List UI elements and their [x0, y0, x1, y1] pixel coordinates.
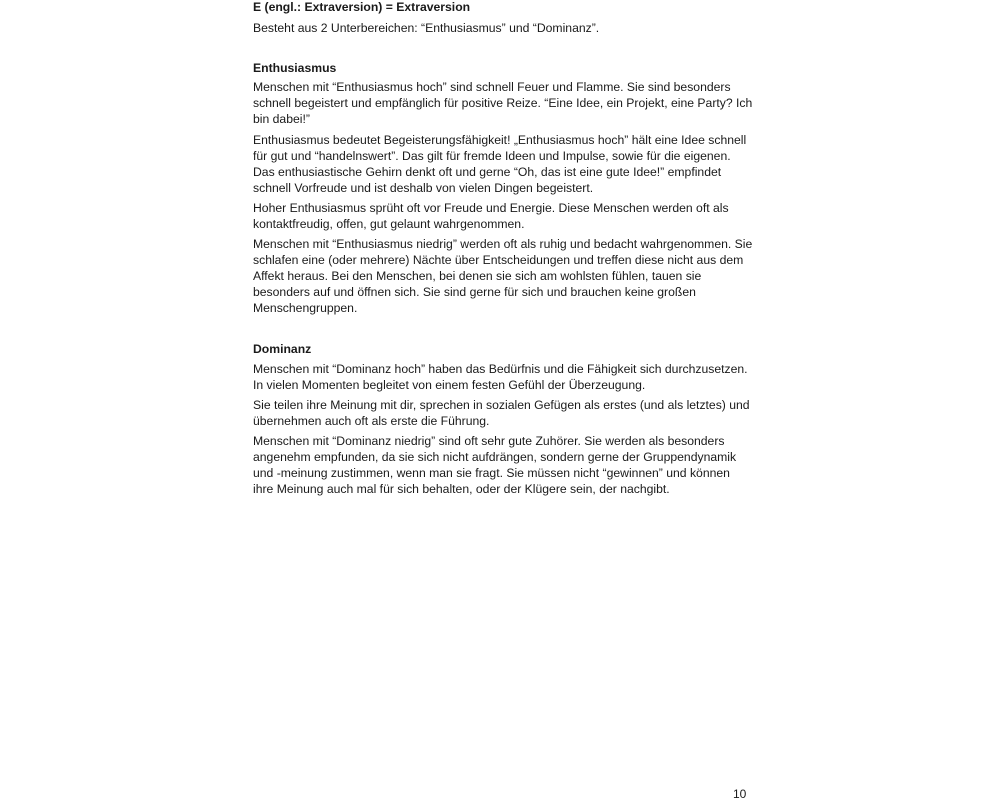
paragraph: Menschen mit “Enthusiasmus niedrig” werd… [253, 236, 753, 316]
section-heading-dominanz: Dominanz [253, 341, 311, 357]
paragraph: Menschen mit “Dominanz hoch” haben das B… [253, 361, 753, 393]
intro-text: Besteht aus 2 Unterbereichen: “Enthusias… [253, 20, 753, 36]
paragraph: Hoher Enthusiasmus sprüht oft vor Freude… [253, 200, 753, 232]
paragraph: Menschen mit “Enthusiasmus hoch” sind sc… [253, 79, 753, 127]
page-number: 10 [733, 787, 746, 800]
paragraph: Sie teilen ihre Meinung mit dir, spreche… [253, 397, 753, 429]
document-page: E (engl.: Extraversion) = Extraversion B… [253, 0, 753, 36]
section-heading-enthusiasmus: Enthusiasmus [253, 60, 336, 76]
paragraph: Enthusiasmus bedeutet Begeisterungsfähig… [253, 132, 753, 196]
page-title: E (engl.: Extraversion) = Extraversion [253, 0, 753, 14]
paragraph: Menschen mit “Dominanz niedrig” sind oft… [253, 433, 753, 497]
